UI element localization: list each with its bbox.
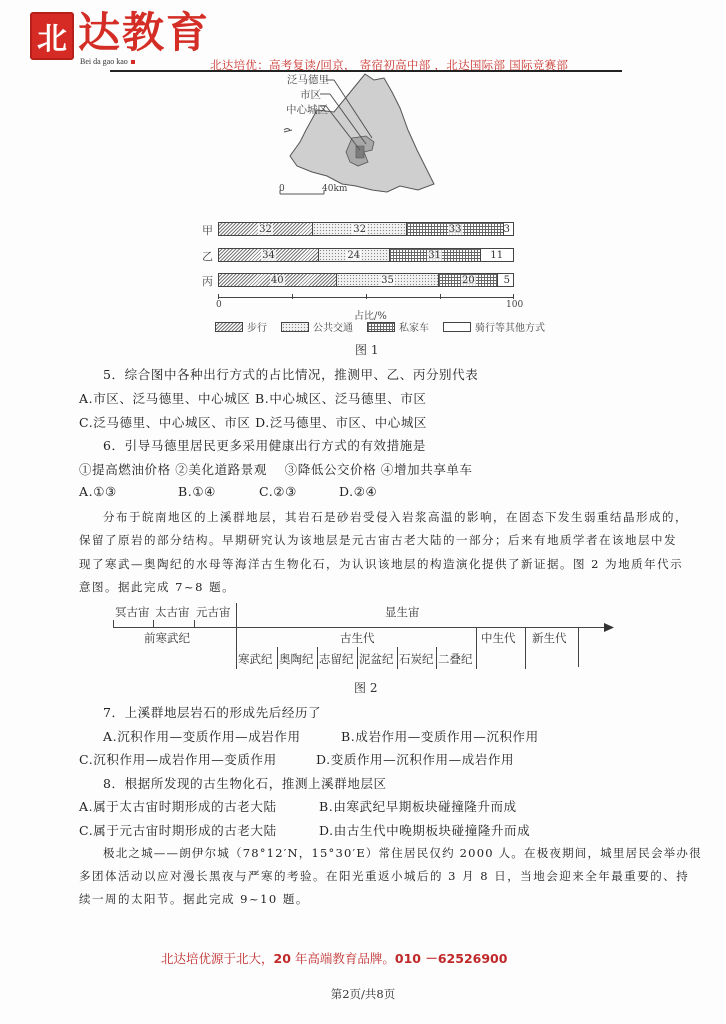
q8-stem: 8．根据所发现的古生物化石，推测上溪群地层区	[103, 774, 387, 792]
logo-subtitle-text: Bei da gao kao	[80, 57, 128, 66]
x-tick-label-0: 0	[216, 300, 222, 310]
bar-jia: 32 32 33 3	[218, 222, 514, 236]
logo-mark: 北	[30, 12, 74, 60]
figure2-caption: 图 2	[354, 679, 377, 696]
q8-option-a: A.属于太古宙时期形成的古老大陆	[79, 797, 277, 815]
seg-other: 11	[481, 249, 513, 261]
bar-yi: 34 24 31 11	[218, 248, 514, 262]
logo-char: 北	[37, 14, 67, 58]
seg-transit: 35	[337, 274, 440, 286]
value: 40	[270, 275, 285, 286]
footer-advert: 北达培优源于北大，20 年高端教育品牌。010 －62526900	[161, 949, 507, 967]
legend-walk: 步行	[215, 319, 267, 334]
seg-other: 3	[504, 223, 513, 235]
era-divider	[525, 627, 526, 669]
q7-option-a: A.沉积作用—变质作用—成岩作用	[103, 727, 301, 745]
legend-other: 骑行等其他方式	[443, 319, 545, 334]
period-devonian: 泥盆纪	[359, 651, 394, 667]
seg-walk: 34	[219, 249, 319, 261]
logo-square-icon	[131, 60, 135, 64]
madrid-map-figure	[222, 72, 482, 212]
eon-archean: 太古宙	[155, 604, 190, 620]
x-tick-label-100: 100	[506, 300, 523, 310]
q8-option-c: C.属于元古宙时期形成的古老大陆	[79, 821, 277, 839]
eon-hadean: 冥古宙	[115, 604, 150, 620]
x-tick	[218, 294, 219, 299]
timeline-axis	[113, 627, 608, 628]
logo-text: 达教育	[78, 10, 210, 56]
seg-walk: 32	[219, 223, 313, 235]
era-cenozoic: 新生代	[532, 630, 567, 646]
era-paleozoic: 古生代	[340, 630, 375, 646]
seg-other: 5	[498, 274, 513, 286]
period-cambrian: 寒武纪	[238, 651, 273, 667]
period-divider	[357, 647, 358, 669]
q7-option-c: C.沉积作用—成岩作用—变质作用	[79, 750, 277, 768]
passage-7-8-line2: 保留了原岩的部分结构。早期研究认为该地层是元古宙古老大陆的一部分；后来有地质学者…	[79, 532, 677, 548]
seg-walk: 40	[219, 274, 337, 286]
map-label-greater-madrid: 泛马德里	[287, 72, 329, 87]
logo-subtitle: Bei da gao kao	[80, 57, 135, 66]
legend-label: 公共交通	[313, 319, 353, 334]
legend-car: 私家车	[367, 319, 429, 334]
phanerozoic-boundary	[236, 603, 237, 669]
hatch-swatch-icon	[215, 322, 243, 332]
x-tick	[440, 294, 441, 299]
ad-years: 20	[274, 951, 291, 966]
seg-transit: 24	[319, 249, 390, 261]
row-label-jia: 甲	[202, 222, 213, 238]
figure1-caption: 图 1	[355, 341, 378, 358]
value: 33	[448, 224, 463, 235]
period-divider	[436, 647, 437, 669]
bar-bing: 40 35 20 5	[218, 273, 514, 287]
q7-option-d: D.变质作用—沉积作用—成岩作用	[316, 750, 514, 768]
value: 32	[352, 224, 367, 235]
grid-swatch-icon	[367, 322, 395, 332]
legend-label: 私家车	[399, 319, 429, 334]
period-silurian: 志留纪	[319, 651, 354, 667]
value: 3	[504, 224, 511, 235]
seg-car: 20	[439, 274, 498, 286]
value: 5	[503, 275, 511, 286]
row-label-yi: 乙	[202, 248, 213, 264]
value: 32	[258, 224, 273, 235]
x-axis	[218, 297, 514, 298]
passage-7-8-line3: 现了寒武—奥陶纪的水母等海洋古生物化石，为认识该地层的构造演化提供了新证据。图 …	[79, 556, 683, 572]
value: 35	[380, 275, 395, 286]
period-carboniferous: 石炭纪	[399, 651, 434, 667]
ad-text: 北达培优源于北大，	[161, 951, 274, 966]
passage-7-8-line1: 分布于皖南地区的上溪群地层，其岩石是砂岩受侵入岩浆高温的影响，在固态下发生弱重结…	[103, 509, 688, 525]
ad-phone: 010 －62526900	[395, 951, 508, 966]
q8-option-b: B.由寒武纪早期板块碰撞隆升而成	[319, 797, 517, 815]
map-label-city: 市区	[300, 87, 321, 102]
x-tick	[513, 294, 514, 299]
q6-option-c: C.②③	[259, 484, 297, 499]
map-label-center: 中心城区	[286, 102, 328, 117]
q6-items: ①提高燃油价格 ②美化道路景观 ③降低公交价格 ④增加共享单车	[79, 460, 473, 478]
scale-start: 0	[279, 184, 285, 194]
q6-stem: 6．引导马德里居民更多采用健康出行方式的有效措施是	[103, 436, 426, 454]
passage-9-10-line1: 极北之城——朗伊尔城（78°12′N，15°30′E）常住居民仅约 2000 人…	[103, 845, 702, 861]
seg-car: 31	[390, 249, 481, 261]
page-number: 第2页/共8页	[0, 986, 726, 1002]
q8-option-d: D.由古生代中晚期板块碰撞隆升而成	[319, 821, 530, 839]
q6-option-a: A.①③	[79, 484, 117, 499]
blank-swatch-icon	[443, 322, 471, 332]
seg-transit: 32	[313, 223, 407, 235]
tick	[153, 620, 154, 627]
legend-transit: 公共交通	[281, 319, 353, 334]
passage-9-10-line2: 多团体活动以应对漫长黑夜与严寒的考验。在阳光重返小城后的 3 月 8 日，当地会…	[79, 868, 689, 884]
era-divider	[578, 627, 579, 667]
period-divider	[317, 647, 318, 669]
value: 34	[261, 250, 276, 261]
value: 31	[427, 250, 442, 261]
legend-label: 步行	[247, 319, 267, 334]
eon-proterozoic: 元古宙	[196, 604, 231, 620]
passage-9-10-line3: 续一周的太阳节。据此完成 9~10 题。	[79, 891, 309, 907]
eon-phanerozoic: 显生宙	[385, 604, 420, 620]
q5-options-ab: A.市区、泛马德里、中心城区 B.中心城区、泛马德里、市区	[79, 389, 427, 407]
arrow-right-icon	[604, 623, 614, 632]
value: 20	[461, 275, 476, 286]
period-divider	[397, 647, 398, 669]
tick	[113, 620, 114, 627]
period-permian: 二叠纪	[438, 651, 473, 667]
x-tick	[366, 294, 367, 299]
passage-7-8-line4: 意图。据此完成 7~8 题。	[79, 579, 235, 595]
q7-option-b: B.成岩作用—变质作用—沉积作用	[341, 727, 539, 745]
q7-stem: 7．上溪群地层岩石的形成先后经历了	[103, 703, 321, 721]
scale-end: 40km	[322, 184, 347, 194]
chart-legend: 步行 公共交通 私家车 骑行等其他方式	[215, 319, 545, 334]
era-mesozoic: 中生代	[481, 630, 516, 646]
value: 24	[346, 250, 361, 261]
value: 11	[489, 250, 504, 261]
legend-label: 骑行等其他方式	[475, 319, 545, 334]
dots-swatch-icon	[281, 322, 309, 332]
period-divider	[277, 647, 278, 669]
q5-stem: 5．综合图中各种出行方式的占比情况，推测甲、乙、丙分别代表	[103, 365, 478, 383]
precambrian-label: 前寒武纪	[144, 630, 190, 646]
era-divider	[476, 627, 477, 669]
seg-car: 33	[407, 223, 504, 235]
q6-option-d: D.②④	[339, 484, 377, 499]
q5-options-cd: C.泛马德里、中心城区、市区 D.泛马德里、市区、中心城区	[79, 413, 427, 431]
row-label-bing: 丙	[202, 273, 213, 289]
x-tick	[292, 294, 293, 299]
period-ordovician: 奥陶纪	[279, 651, 314, 667]
q6-option-b: B.①④	[178, 484, 216, 499]
ad-text: 年高端教育品牌。	[291, 951, 395, 966]
tick	[194, 620, 195, 627]
